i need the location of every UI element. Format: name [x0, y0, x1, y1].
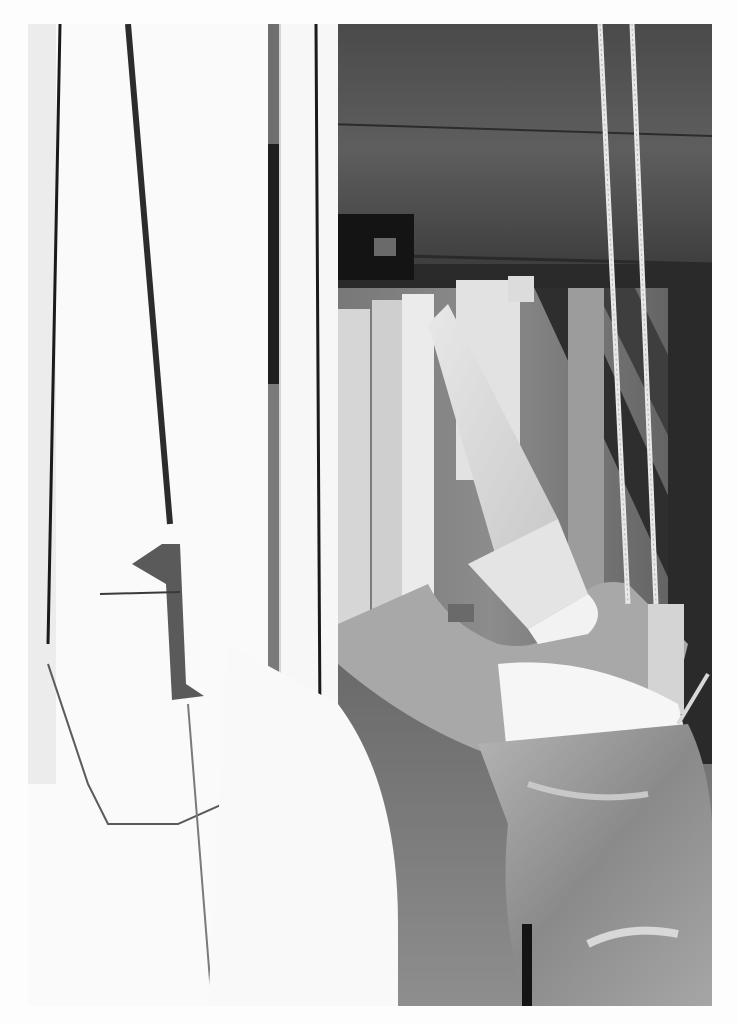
mill-chute-scene — [28, 24, 712, 1006]
vertical-plank-back — [568, 274, 604, 604]
spout-clamp — [448, 604, 474, 622]
upright-top — [508, 276, 534, 302]
sack-shadow-line — [522, 924, 532, 1006]
upright-1 — [338, 309, 370, 629]
foreground-post — [280, 24, 338, 724]
bracket — [374, 238, 396, 256]
photograph: Interior of a wooden mill: a wooden grai… — [28, 24, 712, 1006]
